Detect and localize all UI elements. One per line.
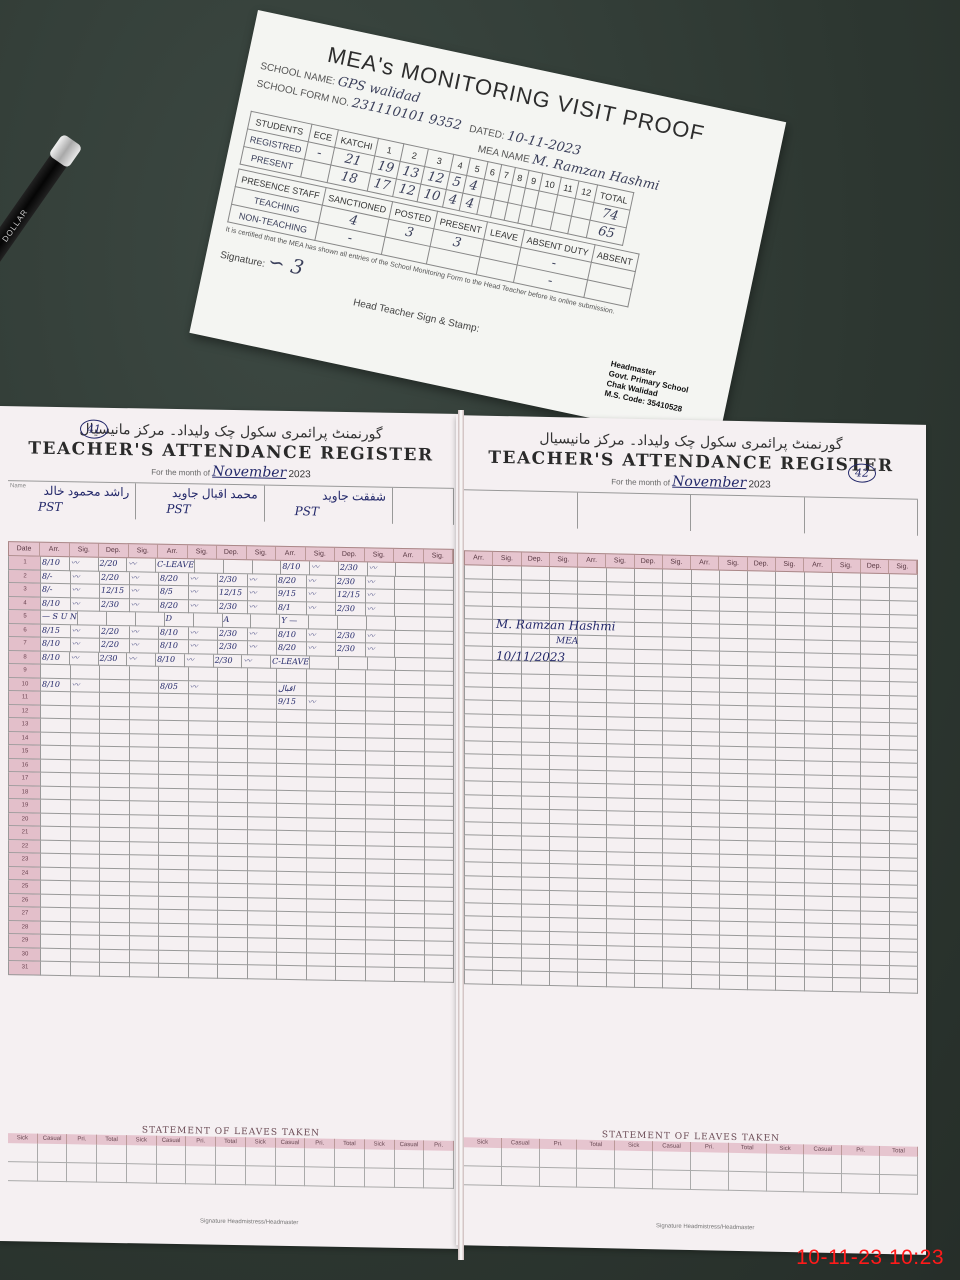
attendance-cell bbox=[336, 859, 366, 873]
attendance-cell bbox=[861, 614, 889, 628]
attendance-cell bbox=[218, 816, 248, 830]
attendance-cell bbox=[720, 976, 748, 990]
attendance-cell bbox=[493, 687, 521, 701]
column-header: Sig. bbox=[719, 557, 747, 571]
attendance-cell bbox=[425, 914, 455, 928]
attendance-cell bbox=[130, 950, 160, 964]
attendance-cell bbox=[748, 868, 776, 882]
attendance-cell bbox=[336, 832, 366, 846]
attendance-cell bbox=[805, 842, 833, 856]
attendance-cell bbox=[776, 720, 804, 734]
attendance-cell bbox=[663, 718, 691, 732]
attendance-cell bbox=[336, 697, 366, 711]
attendance-cell bbox=[465, 741, 493, 755]
attendance-cell bbox=[493, 714, 521, 728]
attendance-cell bbox=[218, 681, 248, 695]
attendance-cell bbox=[607, 838, 635, 852]
attendance-cell bbox=[720, 665, 748, 679]
attendance-cell bbox=[833, 573, 861, 587]
attendance-cell bbox=[720, 733, 748, 747]
attendance-cell bbox=[635, 744, 663, 758]
attendance-cell bbox=[307, 831, 337, 845]
attendance-cell bbox=[720, 638, 748, 652]
attendance-cell: 〰 bbox=[127, 653, 156, 667]
attendance-cell bbox=[861, 817, 889, 831]
attendance-cell bbox=[277, 952, 307, 966]
attendance-cell bbox=[578, 770, 606, 784]
attendance-cell bbox=[692, 678, 720, 692]
attendance-cell bbox=[776, 842, 804, 856]
attendance-cell bbox=[465, 849, 493, 863]
attendance-cell bbox=[336, 724, 366, 738]
attendance-cell bbox=[890, 750, 918, 764]
attendance-cell bbox=[307, 912, 337, 926]
attendance-cell bbox=[493, 971, 521, 985]
attendance-cell bbox=[748, 612, 776, 626]
attendance-cell bbox=[395, 779, 425, 793]
date-cell: 10 bbox=[9, 678, 41, 692]
attendance-cell bbox=[635, 582, 663, 596]
attendance-cell bbox=[550, 851, 578, 865]
attendance-cell bbox=[366, 697, 396, 711]
attendance-cell bbox=[890, 871, 918, 885]
attendance-cell bbox=[336, 953, 366, 967]
attendance-cell bbox=[578, 946, 606, 960]
attendance-cell bbox=[833, 856, 861, 870]
attendance-cell bbox=[578, 959, 606, 973]
attendance-cell bbox=[425, 644, 455, 658]
attendance-cell bbox=[218, 857, 248, 871]
attendance-cell bbox=[776, 693, 804, 707]
attendance-cell bbox=[635, 812, 663, 826]
attendance-cell bbox=[277, 925, 307, 939]
attendance-cell: 〰 bbox=[130, 572, 160, 586]
attendance-cell bbox=[833, 829, 861, 843]
attendance-cell bbox=[248, 736, 278, 750]
attendance-cell bbox=[776, 909, 804, 923]
attendance-cell bbox=[748, 814, 776, 828]
attendance-cell bbox=[366, 859, 396, 873]
attendance-cell bbox=[130, 855, 160, 869]
attendance-cell bbox=[578, 703, 606, 717]
attendance-cell bbox=[692, 705, 720, 719]
attendance-cell bbox=[41, 921, 71, 935]
attendance-cell bbox=[130, 963, 160, 977]
attendance-cell bbox=[635, 717, 663, 731]
attendance-cell bbox=[218, 911, 248, 925]
attendance-cell: 8/- bbox=[41, 584, 71, 598]
attendance-cell: 2/20 bbox=[100, 625, 130, 639]
attendance-cell bbox=[307, 926, 337, 940]
attendance-cell bbox=[189, 843, 219, 857]
attendance-cell bbox=[550, 905, 578, 919]
attendance-cell: 8/20 bbox=[277, 574, 307, 588]
attendance-cell bbox=[607, 798, 635, 812]
attendance-cell bbox=[218, 749, 248, 763]
attendance-cell bbox=[71, 706, 101, 720]
column-header: Dep. bbox=[217, 546, 247, 560]
year-prefix: 20 bbox=[289, 469, 300, 480]
attendance-cell: 8/5 bbox=[159, 586, 189, 600]
attendance-cell bbox=[861, 871, 889, 885]
attendance-cell bbox=[100, 706, 130, 720]
attendance-cell bbox=[248, 817, 278, 831]
attendance-cell bbox=[248, 911, 278, 925]
attendance-cell bbox=[805, 707, 833, 721]
attendance-cell: 〰 bbox=[366, 603, 396, 617]
attendance-cell bbox=[493, 917, 521, 931]
attendance-cell bbox=[224, 560, 253, 574]
attendance-cell bbox=[425, 563, 454, 577]
leaves-statement: STATEMENT OF LEAVES TAKEN SickCasualPri.… bbox=[464, 1127, 918, 1195]
attendance-cell bbox=[189, 667, 219, 681]
attendance-cell: 〰 bbox=[71, 638, 101, 652]
attendance-cell bbox=[748, 936, 776, 950]
leaves-column-header: Casual bbox=[38, 1134, 68, 1145]
column-header: Sig. bbox=[188, 545, 218, 559]
attendance-cell: — S U N bbox=[41, 611, 78, 625]
attendance-cell bbox=[805, 613, 833, 627]
attendance-cell bbox=[607, 811, 635, 825]
attendance-cell bbox=[833, 654, 861, 668]
attendance-cell bbox=[218, 870, 248, 884]
column-header: Dep. bbox=[635, 555, 663, 569]
attendance-cell bbox=[465, 957, 493, 971]
attendance-cell bbox=[465, 768, 493, 782]
attendance-cell bbox=[251, 614, 280, 628]
attendance-cell bbox=[805, 680, 833, 694]
attendance-cell bbox=[100, 801, 130, 815]
attendance-cell bbox=[635, 704, 663, 718]
attendance-cell bbox=[663, 974, 691, 988]
register-right-page: 42 گورنمنٹ پرائمری سکول چک ولیداد۔ مرکز … bbox=[456, 415, 926, 1255]
attendance-cell bbox=[218, 695, 248, 709]
attendance-cell: 〰 bbox=[307, 602, 337, 616]
attendance-cell bbox=[720, 598, 748, 612]
attendance-cell bbox=[607, 582, 635, 596]
attendance-cell bbox=[41, 692, 71, 706]
attendance-cell bbox=[805, 950, 833, 964]
attendance-cell bbox=[635, 798, 663, 812]
attendance-cell bbox=[663, 893, 691, 907]
attendance-cell: 9/15 bbox=[277, 696, 307, 710]
attendance-cell bbox=[748, 706, 776, 720]
attendance-cell bbox=[805, 869, 833, 883]
attendance-cell bbox=[159, 923, 189, 937]
attendance-cell: 2/30 bbox=[218, 600, 248, 614]
attendance-cell bbox=[425, 685, 455, 699]
attendance-cell bbox=[130, 909, 160, 923]
date-cell: 25 bbox=[9, 880, 41, 894]
attendance-cell bbox=[805, 815, 833, 829]
attendance-cell bbox=[720, 692, 748, 706]
attendance-cell bbox=[607, 906, 635, 920]
attendance-cell bbox=[395, 765, 425, 779]
attendance-cell bbox=[522, 917, 550, 931]
attendance-cell bbox=[890, 682, 918, 696]
attendance-cell bbox=[861, 722, 889, 736]
attendance-cell bbox=[465, 592, 493, 606]
attendance-cell bbox=[277, 750, 307, 764]
attendance-cell: C-LEAVE bbox=[271, 655, 310, 669]
attendance-cell bbox=[130, 761, 160, 775]
teacher-name: شفقت جاوید bbox=[322, 489, 386, 504]
attendance-cell bbox=[776, 896, 804, 910]
attendance-cell bbox=[366, 751, 396, 765]
attendance-cell bbox=[218, 843, 248, 857]
attendance-cell bbox=[720, 652, 748, 666]
attendance-cell bbox=[100, 936, 130, 950]
attendance-cell bbox=[189, 870, 219, 884]
attendance-cell bbox=[189, 883, 219, 897]
attendance-cell: 〰 bbox=[130, 639, 160, 653]
attendance-cell bbox=[307, 777, 337, 791]
attendance-cell bbox=[248, 952, 278, 966]
attendance-cell bbox=[425, 941, 455, 955]
attendance-cell bbox=[159, 896, 189, 910]
attendance-cell bbox=[493, 930, 521, 944]
attendance-cell bbox=[218, 897, 248, 911]
attendance-cell bbox=[522, 742, 550, 756]
attendance-cell bbox=[607, 744, 635, 758]
register-left-page: 41 گورنمنٹ پرائمری سکول چک ولیداد۔ مرکز … bbox=[0, 406, 462, 1249]
attendance-cell bbox=[861, 709, 889, 723]
attendance-cell bbox=[159, 883, 189, 897]
attendance-cell: 〰 bbox=[366, 576, 396, 590]
attendance-cell bbox=[159, 788, 189, 802]
attendance-cell bbox=[522, 877, 550, 891]
attendance-cell bbox=[890, 925, 918, 939]
attendance-cell bbox=[720, 746, 748, 760]
attendance-cell bbox=[692, 854, 720, 868]
attendance-cell bbox=[425, 631, 455, 645]
attendance-cell bbox=[861, 668, 889, 682]
attendance-cell bbox=[550, 932, 578, 946]
column-header: Arr. bbox=[578, 554, 606, 568]
attendance-cell bbox=[805, 896, 833, 910]
attendance-cell bbox=[635, 677, 663, 691]
attendance-cell bbox=[663, 853, 691, 867]
date-cell: 22 bbox=[9, 840, 41, 854]
attendance-cell bbox=[607, 946, 635, 960]
attendance-cell bbox=[366, 873, 396, 887]
attendance-cell bbox=[309, 615, 338, 629]
attendance-cell bbox=[71, 773, 101, 787]
attendance-cell bbox=[550, 581, 578, 595]
attendance-cell bbox=[663, 772, 691, 786]
attendance-cell bbox=[663, 826, 691, 840]
attendance-cell: C-LEAVE bbox=[156, 559, 195, 573]
attendance-cell bbox=[776, 936, 804, 950]
attendance-cell bbox=[307, 804, 337, 818]
attendance-cell bbox=[692, 786, 720, 800]
attendance-cell bbox=[550, 824, 578, 838]
attendance-cell: 2/20 bbox=[100, 571, 130, 585]
attendance-cell bbox=[366, 724, 396, 738]
attendance-cell: Y — bbox=[280, 615, 309, 629]
attendance-cell bbox=[663, 610, 691, 624]
signature-footer: Signature Headmistress/Headmaster bbox=[656, 1223, 754, 1231]
attendance-cell bbox=[159, 734, 189, 748]
teacher-designation: PST bbox=[295, 504, 319, 518]
attendance-cell bbox=[493, 741, 521, 755]
attendance-cell bbox=[248, 709, 278, 723]
attendance-cell bbox=[861, 938, 889, 952]
attendance-cell bbox=[425, 590, 455, 604]
attendance-cell bbox=[307, 669, 337, 683]
attendance-cell bbox=[366, 670, 396, 684]
attendance-cell bbox=[748, 787, 776, 801]
attendance-cell bbox=[159, 748, 189, 762]
attendance-cell bbox=[635, 636, 663, 650]
attendance-cell bbox=[692, 746, 720, 760]
attendance-cell bbox=[663, 664, 691, 678]
attendance-cell bbox=[692, 651, 720, 665]
attendance-cell bbox=[425, 577, 455, 591]
attendance-cell: 8/10 bbox=[41, 678, 71, 692]
attendance-cell bbox=[578, 743, 606, 757]
date-cell: 28 bbox=[9, 921, 41, 935]
attendance-cell bbox=[366, 886, 396, 900]
attendance-cell bbox=[720, 814, 748, 828]
attendance-cell bbox=[607, 568, 635, 582]
attendance-cell bbox=[159, 842, 189, 856]
attendance-cell bbox=[189, 937, 219, 951]
attendance-cell bbox=[366, 792, 396, 806]
attendance-cell bbox=[890, 966, 918, 980]
attendance-cell bbox=[522, 715, 550, 729]
attendance-cell bbox=[493, 674, 521, 688]
attendance-cell bbox=[41, 935, 71, 949]
attendance-cell bbox=[307, 764, 337, 778]
attendance-cell bbox=[748, 585, 776, 599]
attendance-cell bbox=[465, 822, 493, 836]
attendance-cell bbox=[465, 943, 493, 957]
attendance-cell bbox=[663, 569, 691, 583]
attendance-cell bbox=[100, 774, 130, 788]
date-cell: 12 bbox=[9, 705, 41, 719]
attendance-cell bbox=[861, 844, 889, 858]
attendance-cell bbox=[425, 752, 455, 766]
column-header: Sig. bbox=[776, 558, 804, 572]
attendance-cell bbox=[41, 827, 71, 841]
attendance-cell bbox=[663, 623, 691, 637]
date-cell: 14 bbox=[9, 732, 41, 746]
attendance-cell bbox=[277, 858, 307, 872]
attendance-cell bbox=[720, 908, 748, 922]
attendance-cell: 〰 bbox=[248, 628, 278, 642]
attendance-cell bbox=[890, 979, 918, 993]
attendance-cell bbox=[522, 971, 550, 985]
attendance-cell bbox=[663, 731, 691, 745]
attendance-cell bbox=[578, 568, 606, 582]
attendance-cell bbox=[339, 656, 368, 670]
attendance-cell bbox=[522, 701, 550, 715]
attendance-cell bbox=[692, 894, 720, 908]
attendance-grid: DateArr.Sig.Dep.Sig.Arr.Sig.Dep.Sig.Arr.… bbox=[8, 541, 454, 982]
attendance-cell bbox=[218, 830, 248, 844]
attendance-cell bbox=[277, 871, 307, 885]
attendance-cell bbox=[861, 790, 889, 804]
attendance-cell bbox=[805, 910, 833, 924]
attendance-cell bbox=[663, 637, 691, 651]
attendance-cell bbox=[833, 802, 861, 816]
attendance-cell bbox=[336, 818, 366, 832]
attendance-cell bbox=[890, 628, 918, 642]
attendance-cell bbox=[367, 616, 396, 630]
attendance-cell bbox=[578, 676, 606, 690]
attendance-cell bbox=[635, 623, 663, 637]
attendance-cell bbox=[248, 763, 278, 777]
attendance-cell bbox=[100, 666, 130, 680]
attendance-cell bbox=[663, 920, 691, 934]
date-cell: 7 bbox=[9, 637, 41, 651]
attendance-cell bbox=[336, 845, 366, 859]
attendance-cell bbox=[635, 974, 663, 988]
attendance-cell bbox=[720, 922, 748, 936]
attendance-cell bbox=[493, 957, 521, 971]
attendance-cell bbox=[465, 930, 493, 944]
attendance-cell bbox=[336, 886, 366, 900]
column-header: Sig. bbox=[550, 553, 578, 567]
attendance-cell bbox=[861, 898, 889, 912]
attendance-cell bbox=[425, 766, 455, 780]
attendance-cell bbox=[307, 953, 337, 967]
attendance-cell bbox=[663, 934, 691, 948]
attendance-cell bbox=[218, 803, 248, 817]
leaves-column-header: Total bbox=[335, 1139, 365, 1150]
attendance-cell bbox=[890, 777, 918, 791]
attendance-cell: 〰 bbox=[189, 600, 219, 614]
attendance-cell bbox=[307, 939, 337, 953]
attendance-cell bbox=[189, 951, 219, 965]
attendance-cell bbox=[336, 670, 366, 684]
attendance-cell bbox=[833, 897, 861, 911]
attendance-cell bbox=[218, 735, 248, 749]
attendance-cell bbox=[748, 747, 776, 761]
attendance-cell bbox=[277, 831, 307, 845]
attendance-cell bbox=[465, 835, 493, 849]
attendance-cell bbox=[890, 655, 918, 669]
date-cell: 23 bbox=[9, 853, 41, 867]
attendance-cell bbox=[130, 936, 160, 950]
column-header: Sig. bbox=[832, 559, 860, 573]
attendance-cell bbox=[130, 693, 160, 707]
attendance-cell bbox=[522, 958, 550, 972]
attendance-cell bbox=[395, 792, 425, 806]
attendance-cell bbox=[248, 884, 278, 898]
attendance-cell bbox=[692, 692, 720, 706]
attendance-cell bbox=[890, 912, 918, 926]
attendance-cell bbox=[890, 858, 918, 872]
attendance-cell bbox=[189, 856, 219, 870]
attendance-cell bbox=[107, 612, 136, 626]
attendance-cell bbox=[776, 774, 804, 788]
attendance-cell bbox=[776, 801, 804, 815]
column-header: Sig. bbox=[306, 547, 336, 561]
leaves-column-header: Casual bbox=[276, 1138, 306, 1149]
attendance-cell: A bbox=[223, 614, 252, 628]
attendance-cell bbox=[366, 967, 396, 981]
attendance-cell bbox=[277, 898, 307, 912]
year-prefix: 20 bbox=[749, 479, 760, 490]
attendance-cell bbox=[692, 881, 720, 895]
attendance-cell bbox=[425, 793, 455, 807]
attendance-cell bbox=[307, 858, 337, 872]
attendance-cell bbox=[218, 924, 248, 938]
attendance-cell bbox=[425, 928, 455, 942]
attendance-cell bbox=[861, 925, 889, 939]
